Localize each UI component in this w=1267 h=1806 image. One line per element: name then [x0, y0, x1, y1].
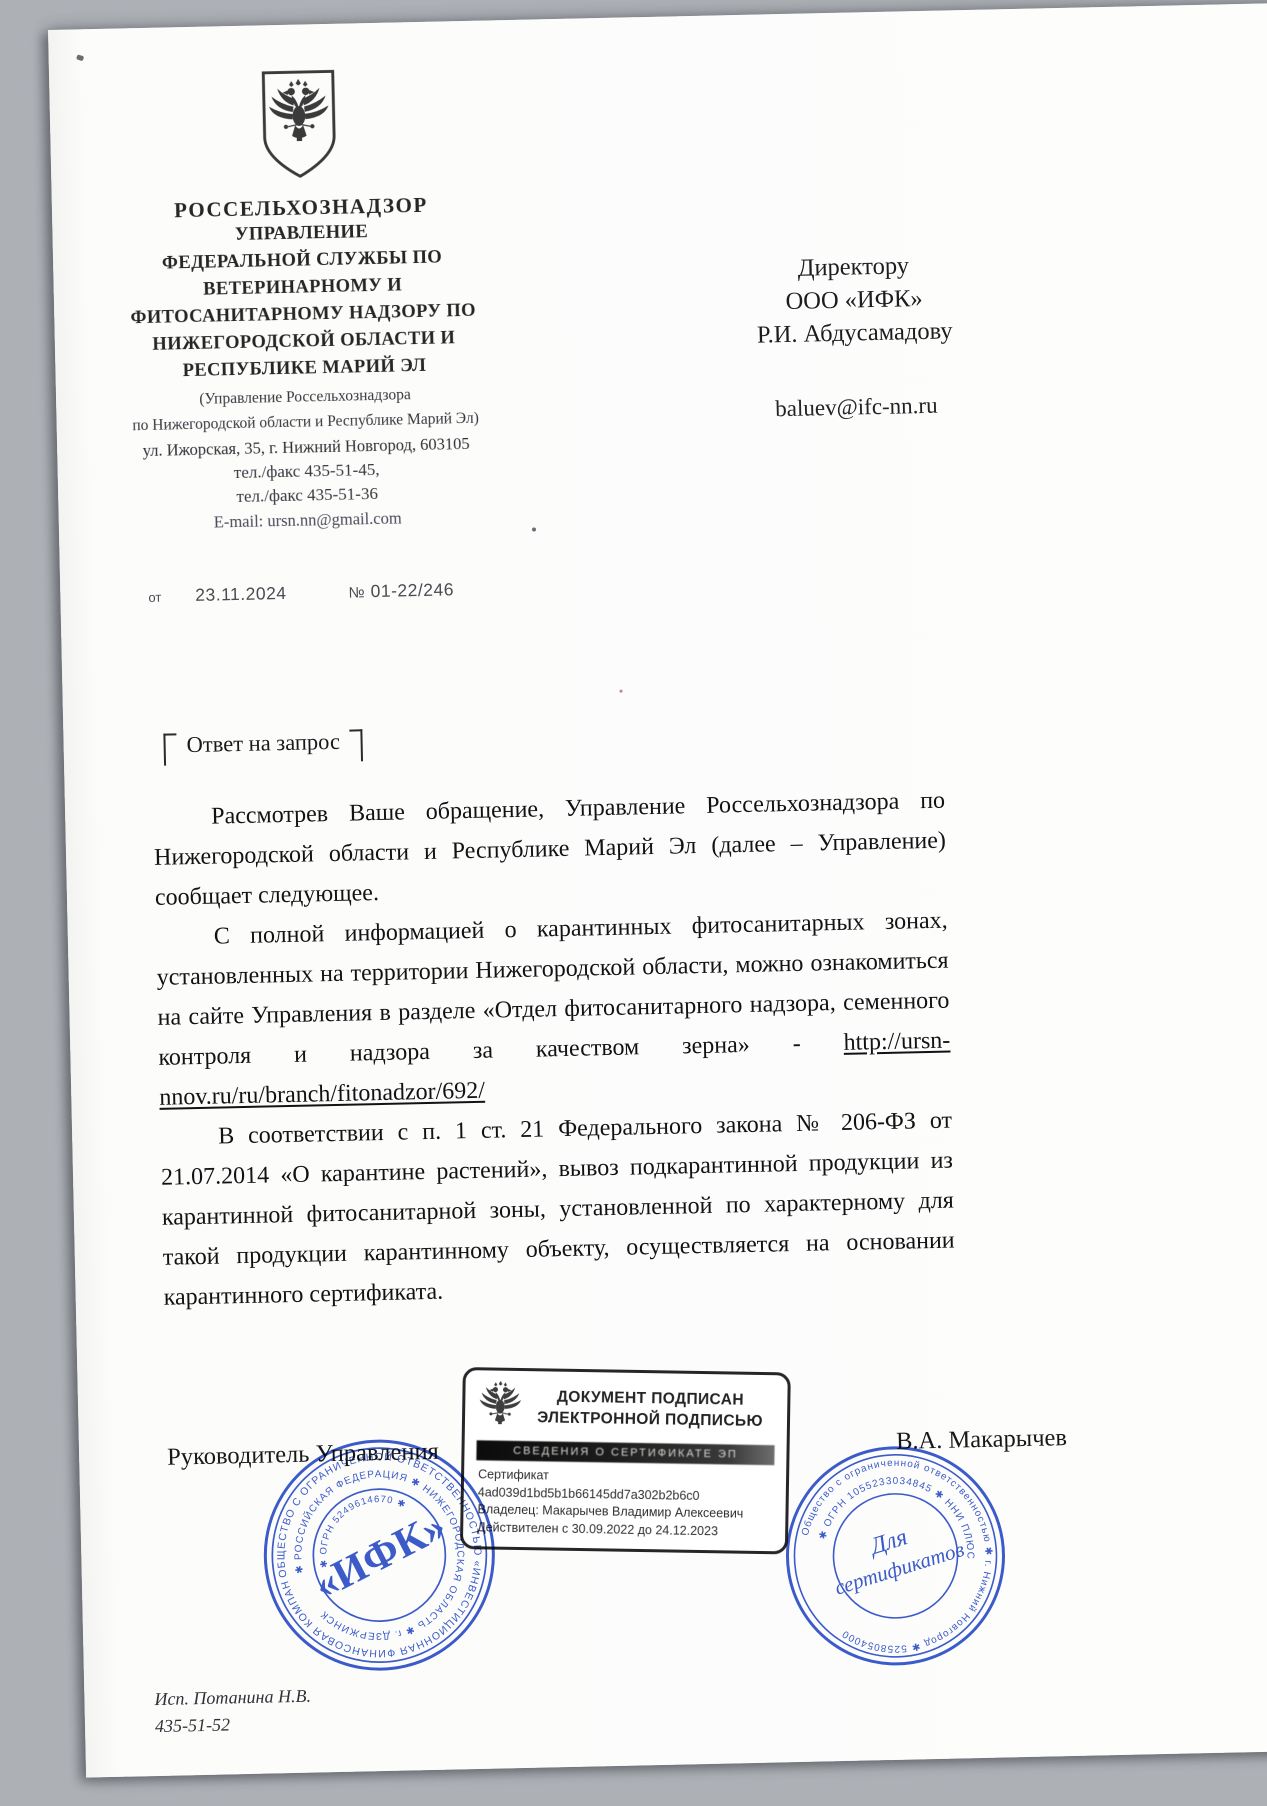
executor-phone: 435-51-52: [155, 1710, 312, 1740]
esign-title: ДОКУМЕНТ ПОДПИСАН ЭЛЕКТРОННОЙ ПОДПИСЬЮ: [523, 1386, 778, 1432]
letterhead: РОССЕЛЬХОЗНАДЗОР УПРАВЛЕНИЕ ФЕДЕРАЛЬНОЙ …: [107, 64, 499, 536]
date-from-label: от: [148, 590, 161, 605]
recipient-email: baluev@ifc-nn.ru: [646, 386, 1067, 428]
recipient-block: Директору ООО «ИФК» Р.И. Абдусамадову ba…: [643, 246, 1067, 428]
body-paragraph-1: Рассмотрев Ваше обращение, Управление Ро…: [153, 781, 947, 918]
ifk-stamp-center-text: «ИФК»: [307, 1503, 454, 1609]
body-paragraph-3: В соответствии с п. 1 ст. 21 Федеральног…: [160, 1101, 956, 1318]
esign-stamp-box: ДОКУМЕНТ ПОДПИСАН ЭЛЕКТРОННОЙ ПОДПИСЬЮ С…: [460, 1367, 791, 1554]
subject-text: Ответ на запрос: [176, 728, 350, 759]
body-paragraph-2: С полной информацией о карантинных фитос…: [155, 901, 951, 1118]
esign-title-line-2: ЭЛЕКТРОННОЙ ПОДПИСЬЮ: [523, 1407, 777, 1432]
esign-eagle-icon: [477, 1380, 524, 1433]
date-value: 23.11.2024: [195, 583, 287, 606]
subject-line: Ответ на запрос: [163, 727, 363, 765]
number-value: 01-22/246: [370, 579, 454, 602]
body-paragraph-2-text: С полной информацией о карантинных фитос…: [156, 908, 949, 1071]
number-label: №: [348, 584, 364, 601]
esign-cert-line: Сертификат 4ad039d1bd5b1b66145dd7a302b2b…: [478, 1466, 773, 1506]
org-subname-1: (Управление Россельхознадзора: [114, 382, 496, 411]
corner-bracket-right-icon: [350, 729, 364, 761]
scanned-letter-page: РОССЕЛЬХОЗНАДЗОР УПРАВЛЕНИЕ ФЕДЕРАЛЬНОЙ …: [48, 3, 1267, 1778]
corner-bracket-left-icon: [163, 733, 177, 765]
cert-stamp-outer-ring-text: Общество с ограниченной ответственностью…: [778, 1439, 1013, 1674]
cert-round-stamp: Общество с ограниченной ответственностью…: [757, 1417, 1034, 1694]
scan-speck: [532, 527, 536, 531]
scan-speck: [620, 690, 623, 693]
coat-of-arms-icon: [255, 68, 343, 183]
esign-certificate-bar: СВЕДЕНИЯ О СЕРТИФИКАТЕ ЭП: [476, 1440, 774, 1465]
dateline: от 23.11.2024 № 01-22/246: [148, 579, 454, 607]
scan-speck: [76, 54, 84, 61]
letter-body: Рассмотрев Ваше обращение, Управление Ро…: [153, 781, 956, 1318]
cert-stamp-center-text: Для сертификатов: [823, 1509, 967, 1599]
